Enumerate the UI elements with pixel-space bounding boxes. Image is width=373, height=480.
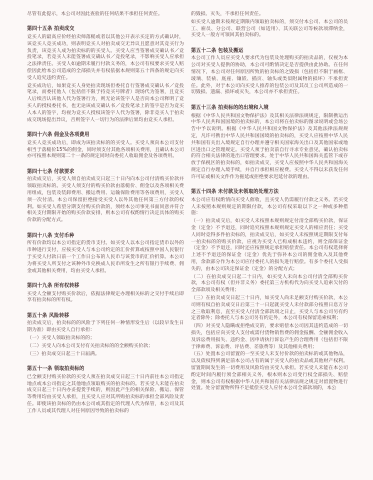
article-section: 尽管有此提示，本公司对因此查验的任何结果不承担任何责任。 <box>27 12 184 19</box>
article-section: 的毁损、灭失，不承担任何责任。如买受人逾期未按规定期限内领取拍卖标的，须交付本公… <box>191 12 348 40</box>
column-left: 尽管有此提示，本公司对因此查验的任何结果不承担任何责任。第四十五条 拍卖成交竞买… <box>27 12 184 417</box>
article-paragraph: （三）拍卖成交日起三十日届满。 <box>27 352 184 359</box>
document-page: 尽管有此提示，本公司对因此查验的任何结果不承担任何责任。第四十五条 拍卖成交竞买… <box>0 0 373 480</box>
article-paragraph: 如买受人逾期未按规定期限内领取拍卖标的，须交付本公司、本公司的员工、雇员、分公司… <box>191 20 348 40</box>
article-heading: 第五十条 风险转移 <box>27 313 184 320</box>
column-right: 的毁损、灭失，不承担任何责任。如买受人逾期未按规定期限内领取拍卖标的，须交付本公… <box>191 12 348 394</box>
article-heading: 第五十一条 领取拍卖标的 <box>27 366 184 373</box>
article-paragraph: 所有价款均以本公司指定的货币支付。如买受人以本公司指定货币以外的币种进行支付，应… <box>27 241 184 275</box>
article-section: 第五十条 风险转移拍卖成交后，拍卖标的的风险于下列任何一种情形发生后（以较早发生… <box>27 313 184 359</box>
article-paragraph: 的毁损、灭失，不承担任何责任。 <box>191 12 348 19</box>
article-paragraph: （一）买受人领取拍卖标的的； <box>27 336 184 343</box>
article-heading: 第五十三条 拍卖标的的出境和入境 <box>191 105 348 112</box>
article-heading: 第五十二条 包装及搬运 <box>191 48 348 55</box>
article-paragraph: （四）对买受人隐瞒或拒绝成交的，要求赔偿本公司因其违约造成的一切损失，包括应向买… <box>191 324 348 351</box>
article-paragraph: 竞买成功后，如果竞买人身处拍卖现场但委托自行签署成交确认书／竞投笔录，而委托他人… <box>27 84 184 125</box>
article-section: 第四十八条 支付币种所有价款均以本公司指定的货币支付。如买受人以本公司指定货币以… <box>27 233 184 276</box>
article-paragraph: （一）拍卖成交后，如买受人未按照本规则规定付清全部购买价款，保证金（定金）不予退… <box>191 219 348 273</box>
article-paragraph: 本公司应有权酌情向买受人催收，且买受人仍需履行付款之义务。若买受人未按照本规则规… <box>191 198 348 218</box>
article-heading: 第四十六条 佣金及各项费用 <box>27 132 184 139</box>
article-paragraph: 拍卖成交后，买受人须自拍卖成交日起三十日内向本公司付清购买价款并领取拍卖标的。买… <box>27 177 184 225</box>
article-section: 第五十一条 领取拍卖标的已全额支付购买价款的买受人须在拍卖成交日起三十日内前往本… <box>27 366 184 416</box>
article-paragraph: （三）在拍卖成交日起三十日内，如买受人尚未足额支付购买价款，本公司则有权自拍卖成… <box>191 296 348 323</box>
article-heading: 第四十八条 支付币种 <box>27 233 184 240</box>
article-section: 第五十四条 未付款及未领取的处理方法本公司应有权酌情向买受人催收，且买受人仍需履… <box>191 189 348 393</box>
article-section: 第四十七条 付款要求拍卖成交后，买受人须自拍卖成交日起三十日内向本公司付清购买价… <box>27 169 184 225</box>
article-section: 第四十六条 佣金及各项费用竞买人竞买成功后，即成为该拍卖标的的买受人。买受人须向… <box>27 132 184 161</box>
article-paragraph: 根据《中华人民共和国文物保护法》及其相关法律法规规定，限制携运出中华人民共和国国… <box>191 114 348 182</box>
article-paragraph: 竞买人的最高应价经拍卖师落槌或者以其他公开表示买定的方式确认时，该竞买人竞买成功… <box>27 35 184 83</box>
article-paragraph: 拍卖成交后，拍卖标的的风险于下列任何一种情形发生后（以较早发生日期为准）即由买受… <box>27 321 184 335</box>
article-paragraph: （二）在拍卖成交日起二十日内，如买受人未向本公司付清全部购买价款，本公司有权（但… <box>191 275 348 295</box>
article-paragraph: 本公司工作人员应买受人要求代为包装及处理购买的拍卖品的，仅视为本公司对买受人提供… <box>191 56 348 97</box>
article-heading: 第四十五条 拍卖成交 <box>27 26 184 33</box>
article-heading: 第四十九条 所有权转移 <box>27 283 184 290</box>
article-paragraph: 竞买人竞买成功后，即成为该拍卖标的的买受人。买受人须向本公司支付相当于落槌价15… <box>27 141 184 161</box>
article-paragraph: 买受人全额支付购买价款后，依据法律规定办理相关标的之交付手续后即享有拍卖标的所有… <box>27 292 184 306</box>
article-section: 第五十三条 拍卖标的的出境和入境根据《中华人民共和国文物保护法》及其相关法律法规… <box>191 105 348 182</box>
article-section: 第四十五条 拍卖成交竞买人的最高应价经拍卖师落槌或者以其他公开表示买定的方式确认… <box>27 26 184 124</box>
article-section: 第五十二条 包装及搬运本公司工作人员应买受人要求代为包装及处理购买的拍卖品的，仅… <box>191 48 348 98</box>
article-paragraph: 尽管有此提示，本公司对因此查验的任何结果不承担任何责任。 <box>27 12 184 19</box>
article-paragraph: 已全额支付购买价款的买受人须在拍卖成交日起三十日内前往本公司指定地点或本公司指定… <box>27 375 184 416</box>
article-heading: 第五十四条 未付款及未领取的处理方法 <box>191 189 348 196</box>
article-paragraph: （五）处置本公司留置的一至买受人未支付价款的拍卖标的或其他物品，以及债权得到满足… <box>191 352 348 393</box>
article-paragraph: （二）买受人向本公司支付有关拍卖标的的全额购买价款； <box>27 344 184 351</box>
article-heading: 第四十七条 付款要求 <box>27 169 184 176</box>
article-section: 第四十九条 所有权转移买受人全额支付购买价款后，依据法律规定办理相关标的之交付手… <box>27 283 184 305</box>
